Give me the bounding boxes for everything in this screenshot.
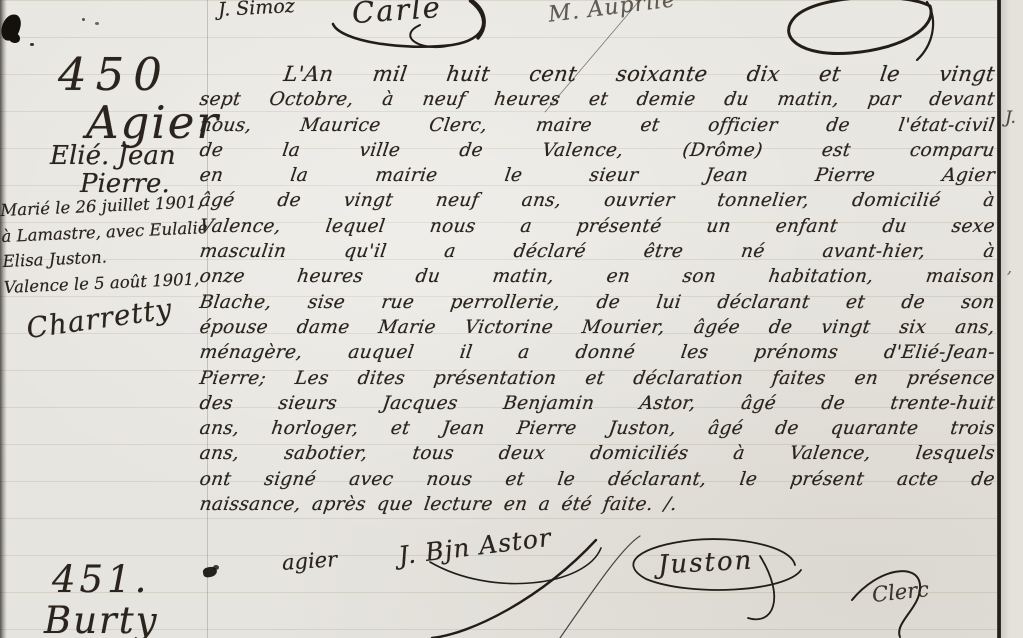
top-right-paraph-tail bbox=[917, 2, 933, 60]
act-line: sept Octobre, à neuf heures et demie du … bbox=[198, 87, 997, 112]
carle-loop-stroke bbox=[410, 25, 452, 47]
ink-blot bbox=[9, 33, 20, 43]
act-line: des sieurs Jacques Benjamin Astor, âgé d… bbox=[198, 391, 997, 416]
ink-speck bbox=[30, 43, 34, 46]
act-line: épouse dame Marie Victorine Mourier, âgé… bbox=[198, 315, 997, 340]
prev-act-signature-left: J. Simoz bbox=[217, 0, 295, 21]
next-page-sliver: J. , bbox=[1001, 0, 1023, 638]
ink-speck bbox=[95, 22, 99, 25]
next-record-number: 451. bbox=[52, 558, 150, 601]
signature-declarant: agier bbox=[281, 547, 338, 575]
act-line: L'An mil huit cent soixante dix et le vi… bbox=[198, 62, 997, 87]
signature-officer: Clerc bbox=[871, 577, 930, 607]
prev-act-signature-center: Carle bbox=[351, 0, 443, 30]
act-line: âgé de vingt neuf ans, ouvrier tonnelier… bbox=[198, 188, 997, 213]
act-line: ans, horloger, et Jean Pierre Juston, âg… bbox=[198, 416, 997, 441]
act-line: Blache, sise rue perrollerie, de lui déc… bbox=[198, 290, 997, 315]
top-right-paraph-oval bbox=[789, 0, 931, 54]
act-line: masculin qu'il a déclaré être né avant-h… bbox=[198, 239, 997, 264]
act-line: Pierre; Les dites présentation et déclar… bbox=[198, 366, 997, 391]
margin-given-names-1: Elié. Jean bbox=[50, 141, 176, 171]
act-line: onze heures du matin, en son habitation,… bbox=[198, 264, 997, 289]
act-line: nous, Maurice Clerc, maire et officier d… bbox=[198, 113, 997, 138]
act-line: ménagère, auquel il a donné les prénoms … bbox=[198, 340, 997, 365]
prev-act-signature-right: M. Auprile bbox=[547, 0, 677, 28]
signature-witness-astor: J. Bjn Astor bbox=[397, 523, 553, 571]
paren-flourish-stroke bbox=[471, 0, 484, 38]
astor-flourish-3 bbox=[560, 536, 640, 638]
act-line: ont signé avec nous et le déclarant, le … bbox=[198, 467, 997, 492]
act-line: Valence, lequel nous a présenté un enfan… bbox=[198, 214, 997, 239]
next-record-surname: Burty bbox=[44, 599, 158, 638]
act-line: de la ville de Valence, (Drôme) est comp… bbox=[198, 138, 997, 163]
act-line: naissance, après que lecture en a été fa… bbox=[198, 492, 997, 517]
act-line: en la mairie le sieur Jean Pierre Agier bbox=[198, 163, 997, 188]
ink-speck bbox=[82, 18, 85, 21]
signature-witness-juston: Juston bbox=[657, 546, 754, 581]
edge-text-fragment: J. bbox=[1005, 108, 1016, 128]
marriage-note-signature: Charretty bbox=[24, 292, 174, 345]
ink-blot bbox=[213, 565, 219, 570]
act-text-450: L'An mil huit cent soixante dix et le vi… bbox=[198, 62, 993, 517]
page-left-edge bbox=[0, 0, 7, 638]
register-page-scan: J. , J. Simoz Carle M. Auprile 450 Agier… bbox=[0, 0, 1023, 638]
edge-text-fragment: , bbox=[1007, 258, 1012, 277]
record-number: 450 bbox=[58, 48, 171, 101]
act-line: ans, sabotier, tous deux domiciliés à Va… bbox=[198, 441, 997, 466]
